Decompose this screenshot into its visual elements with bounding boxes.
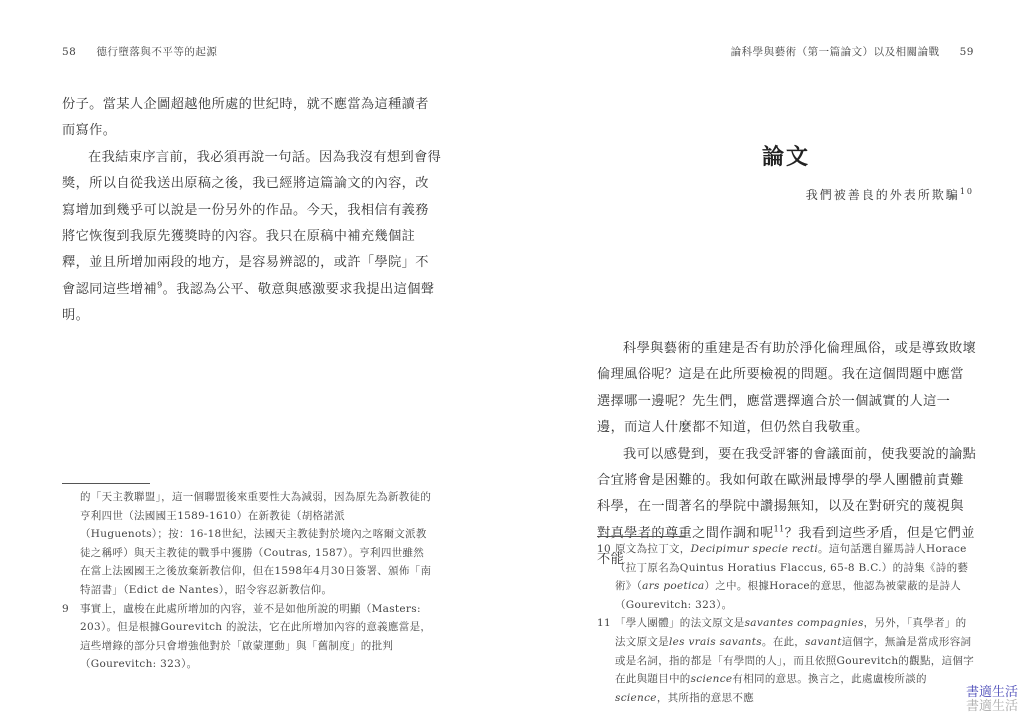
body-text-left: 份子。當某人企圖超越他所處的世紀時，就不應當為這種讀者而寫作。 在我結束序言前，… (62, 92, 442, 330)
left-page: 58德行墮落與不平等的起源 份子。當某人企圖超越他所處的世紀時，就不應當為這種讀… (0, 0, 513, 728)
footnotes-left: 的「天主教聯盟」，這一個聯盟後來重要性大為減弱，因為原先為新教徒的亨利四世（法國… (62, 488, 432, 674)
footnote-10: 10原文為拉丁文，Decipimur specie recti。這句話選自羅馬詩… (597, 540, 977, 614)
running-head-right: 論科學與藝術（第一篇論文）以及相關論戰59 (731, 44, 974, 59)
footnote-continued: 的「天主教聯盟」，這一個聯盟後來重要性大為減弱，因為原先為新教徒的亨利四世（法國… (62, 488, 432, 600)
footnote-9: 9事實上，盧梭在此處所增加的內容，並不是如他所說的明顯（Masters: 203… (62, 600, 432, 674)
page-number-right: 59 (960, 46, 974, 58)
watermark-line-1: 書適生活 (966, 686, 1018, 700)
footnote-divider (62, 483, 150, 484)
footnote-ref[interactable]: 10 (960, 187, 974, 196)
chapter-title: 論文 (762, 140, 810, 171)
watermark: 書適生活 書適生活 (966, 686, 1018, 714)
footnote-11: 11「學人團體」的法文原文是savantes compagnies，另外，「真學… (597, 614, 977, 707)
running-head-title-right: 論科學與藝術（第一篇論文）以及相關論戰 (731, 46, 940, 58)
footnote-number: 10 (597, 540, 611, 559)
body-text-right: 科學與藝術的重建是否有助於淨化倫理風俗，或是導致敗壞倫理風俗呢？這是在此所要檢視… (597, 336, 977, 574)
footnote-ref[interactable]: 11 (774, 524, 785, 533)
watermark-line-2: 書適生活 (966, 700, 1018, 714)
footnotes-right: 10原文為拉丁文，Decipimur specie recti。這句話選自羅馬詩… (597, 540, 977, 707)
running-head-left: 58德行墮落與不平等的起源 (62, 44, 217, 59)
running-head-title-left: 德行墮落與不平等的起源 (96, 46, 217, 58)
paragraph: 份子。當某人企圖超越他所處的世紀時，就不應當為這種讀者而寫作。 (62, 92, 442, 145)
page-number-left: 58 (62, 46, 76, 58)
footnote-number: 9 (62, 600, 69, 619)
footnote-number: 11 (597, 614, 611, 633)
right-page: 論科學與藝術（第一篇論文）以及相關論戰59 論文 我們被善良的外表所欺騙10 科… (513, 0, 1026, 728)
epigraph: 我們被善良的外表所欺騙10 (806, 186, 974, 203)
paragraph: 在我結束序言前，我必須再說一句話。因為我沒有想到會得獎，所以自從我送出原稿之後，… (62, 145, 442, 330)
paragraph: 科學與藝術的重建是否有助於淨化倫理風俗，或是導致敗壞倫理風俗呢？這是在此所要檢視… (597, 336, 977, 442)
footnote-divider (597, 536, 685, 537)
